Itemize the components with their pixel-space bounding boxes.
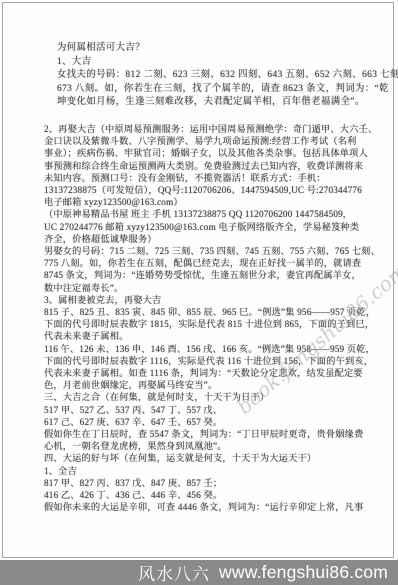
text-line: 电子邮箱 xyzy123500@163.com）	[44, 196, 364, 208]
text-line: 假如你未来的大运是辛卯，可查 4446 条文，判词为：“运行辛卯定上常，凡事	[44, 501, 364, 513]
text-line: 116 午、126 未、136 申、146 酉、156 戌、166 亥。“例选”…	[44, 343, 364, 355]
text-line: 数中注定福寿长”。	[44, 282, 364, 294]
text-line: 817 甲、827 丙、837 戊、847 庚、857 壬；	[44, 477, 364, 489]
text-line: 2、再娶大吉（中原周易预测服务：运用中国周易预测绝学：奇门遁甲、大六壬、	[44, 123, 364, 135]
text-line: 未知内容。预测口号：没有金刚钻，不揽瓷器活！联系方式：手机：	[44, 172, 364, 184]
footer-bar: 风水八六 www.fengshui86.com	[0, 560, 398, 585]
text-line: 3、属相妻被克去，再娶大吉	[44, 294, 364, 306]
footer-site-link[interactable]: www.fengshui86.com	[219, 562, 388, 583]
text-line: 815 子、825 丑、835 寅、845 卯、855 辰、965 巳。“例选”…	[44, 306, 364, 318]
text-line: 775 八刻。如，你若生在五刻，配偶已经克去，现在正好找一属羊的，就请查	[44, 257, 364, 269]
text-line: 673 八刻。如，你若生在三刻，找了个属羊的，请查 8623 条文，判词为：“乾	[57, 83, 364, 97]
text-line: 事预测和综合终生命运预测两大类别。免费验测过去已知内容，收费详测将来	[44, 160, 364, 172]
text-line: UC 270244776 邮箱 xyzy123500@163.com 电子版网络…	[44, 221, 364, 233]
text-line: 坤变化如月杨，生逢三刻难改移，夫君配定属羊相，百年偕老福满全”。	[57, 96, 364, 110]
text-line: 女找夫的号码：812 二刻、623 三刻、632 四刻、643 五刻、652 六…	[57, 69, 364, 83]
text-line: 617 己、627 庚、637 辛、647 壬、657 癸。	[44, 416, 364, 428]
text-line: 三、大吉之合（在何集，就是何时支，十天干为日干）	[44, 391, 364, 403]
text-line: 13137238875（可发短信），QQ号:1120706206、1447594…	[44, 184, 364, 196]
text-line: 8745 条文，判词为：“连婚势势受惊忧，生逢五刻世分求，妻宜再配属羊女，	[44, 269, 364, 281]
text-line: 下面的代号即时辰表数字 1116，实际是代表 116 十进位到 156，下面的午…	[44, 355, 364, 367]
text-line: 1、全吉	[44, 465, 364, 477]
text-line: 男娶女的号码：715 二刻、725 三刻、735 四刻、745 五刻、755 六…	[44, 245, 364, 257]
text-line: 齐全，价格超低诚挚服务）	[44, 233, 364, 245]
text-line: 为何属相活可大吉？	[57, 42, 364, 56]
text-line: （中原神易精品书屋 班主 手机 13137238875 QQ 112070620…	[44, 208, 364, 220]
page-text: 为何属相活可大吉？1、大吉女找夫的号码：812 二刻、623 三刻、632 四刻…	[44, 42, 364, 513]
text-line: 色，月老前世姻缘定，再娶属马终安当”。	[44, 379, 364, 391]
text-line: 假如你生在丁日辰时，查 5547 条文，判词为：“丁日甲辰时更奇，贵骨姻缘费	[44, 428, 364, 440]
text-line: 1、大吉	[57, 56, 364, 70]
footer-brand-label: 风水八六	[138, 560, 210, 585]
text-line: 心机，一朝名登龙虎榜，果然身到凤凰池”。	[44, 440, 364, 452]
scanned-book-page: 为何属相活可大吉？1、大吉女找夫的号码：812 二刻、623 三刻、632 四刻…	[0, 0, 398, 585]
text-line: 代表未来妻子属相。	[44, 330, 364, 342]
text-line: 下面的代号即时辰表数字 1815，实际是代表 815 十进位到 865，下面的子…	[44, 318, 364, 330]
text-line: 416 乙、426 丁、436 己、446 辛、456 癸。	[44, 489, 364, 501]
text-line: 代表未来妻子属相。如查 1116 条，判词为：“天数论分定悲欢，结发虽配定要	[44, 367, 364, 379]
text-line: 事业）；疾病伤祸、牢狱官司；婚姻子女，以及其他各类杂事。包括具体单项人	[44, 147, 364, 159]
text-line: 金口诀以及紫微斗数、八字预测学、易学九项命运预测:经营工作考试（名利	[44, 135, 364, 147]
text-line: 四、大运的好与坏（在何集，运支就是何支，十天干为大运天干）	[44, 452, 364, 464]
paragraph-block-2: 2、再娶大吉（中原周易预测服务：运用中国周易预测绝学：奇门遁甲、大六壬、金口诀以…	[44, 123, 364, 514]
paragraph-block-1: 为何属相活可大吉？1、大吉女找夫的号码：812 二刻、623 三刻、632 四刻…	[44, 42, 364, 110]
text-line: 517 甲、527 乙、537 丙、547 丁、557 戊、	[44, 404, 364, 416]
